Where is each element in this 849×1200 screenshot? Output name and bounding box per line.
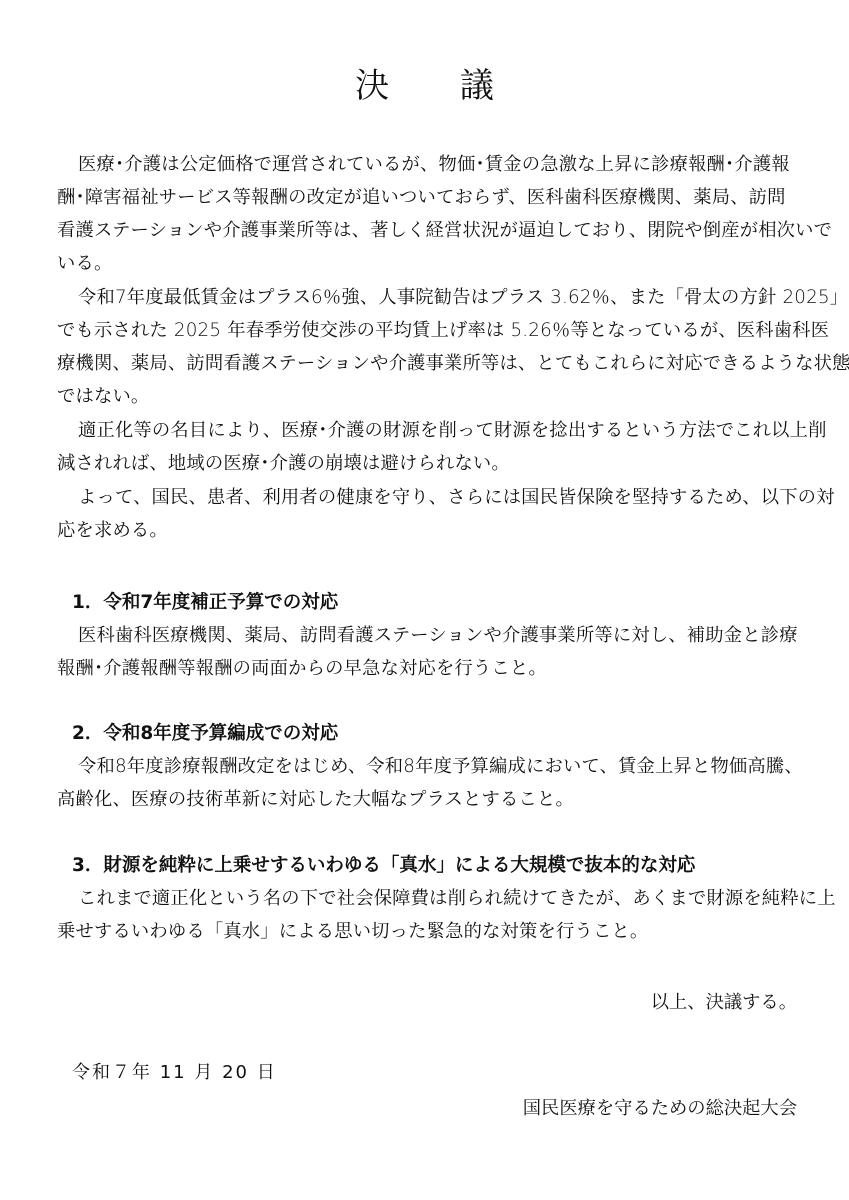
paragraph-line: 療機関、薬局、訪問看護ステーションや介護事業所等は、とてもこれらに対応できるよう… — [57, 349, 797, 375]
paragraph-line: 適正化等の名目により、医療･介護の財源を削って財源を捻出するという方法でこれ以上… — [78, 416, 818, 442]
paragraph-line: 令和7年度最低賃金はプラス6％強、人事院勧告はプラス 3.62％、また「骨太の方… — [78, 283, 818, 309]
section-line: 令和8年度診療報酬改定をはじめ、令和8年度予算編成において、賃金上昇と物価高騰、 — [78, 752, 818, 778]
paragraph-line: 減されれば、地域の医療･介護の崩壊は避けられない。 — [57, 449, 797, 475]
section-line: 高齢化、医療の技術革新に対応した大幅なプラスとすること。 — [57, 785, 797, 811]
paragraph-line: でも示された 2025 年春季労使交渉の平均賃上げ率は 5.26％等となっている… — [57, 316, 797, 342]
paragraph-line: 医療･介護は公定価格で運営されているが、物価･賃金の急激な上昇に診療報酬･介護報 — [78, 150, 818, 176]
organization-name: 国民医療を守るための総決起大会 — [523, 1094, 797, 1120]
section-line: これまで適正化という名の下で社会保障費は削られ続けてきたが、あくまで財源を純粋に… — [78, 884, 818, 910]
paragraph-line: よって、国民、患者、利用者の健康を守り、さらには国民皆保険を堅持するため、以下の… — [78, 483, 818, 509]
page-title: 決 議 — [0, 58, 849, 107]
resolution-date: 令和７年 11 月 20 日 — [72, 1058, 277, 1084]
paragraph-line: 看護ステーションや介護事業所等は、著しく経営状況が逼迫しており、閉院や倒産が相次… — [57, 216, 797, 242]
paragraph-line: ではない。 — [57, 382, 797, 408]
paragraph-line: 酬･障害福祉サービス等報酬の改定が追いついておらず、医科歯科医療機関、薬局、訪問 — [57, 183, 797, 209]
section-line: 乗せするいわゆる「真水」による思い切った緊急的な対策を行うこと。 — [57, 917, 797, 943]
section-heading: 3．財源を純粋に上乗せするいわゆる「真水」による大規模で抜本的な対応 — [72, 851, 695, 877]
section-heading: 2．令和8年度予算編成での対応 — [72, 719, 338, 745]
section-heading: 1．令和7年度補正予算での対応 — [72, 588, 338, 614]
paragraph-line: 応を求める。 — [57, 516, 797, 542]
closing-statement: 以上、決議する。 — [651, 988, 797, 1014]
paragraph-line: いる。 — [57, 249, 797, 275]
section-line: 医科歯科医療機関、薬局、訪問看護ステーションや介護事業所等に対し、補助金と診療 — [78, 621, 818, 647]
section-line: 報酬･介護報酬等報酬の両面からの早急な対応を行うこと。 — [57, 654, 797, 680]
